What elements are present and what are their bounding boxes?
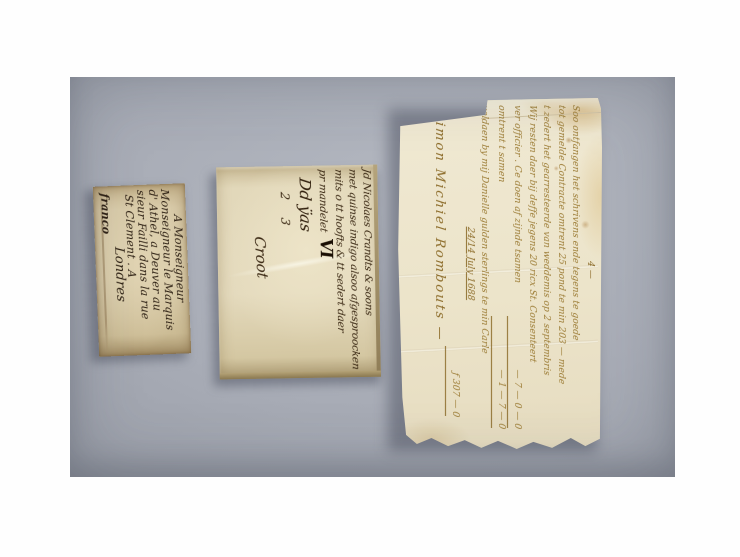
script-line: Soo ontfangen het schrivens ende tegens … bbox=[568, 104, 583, 444]
script-line: pr mandelet bbox=[316, 169, 329, 233]
flourish: Dd ÿas bbox=[293, 169, 319, 376]
account-line: omtrent t samen— 1 — 7 — 0 bbox=[492, 104, 509, 444]
corner-mark: 4 — bbox=[583, 104, 598, 444]
script-line: ver officier . Ce doen af zijnde tsamen bbox=[508, 104, 525, 284]
handwriting-block: 4 — Soo ontfangen het schrivens ende teg… bbox=[399, 105, 597, 443]
sum-amount: ƒ 307 — 0 bbox=[446, 346, 463, 418]
script-line: tot gemelde Contracte omtrent 25 pond te… bbox=[554, 104, 569, 444]
sum-amount: — 1 — 7 — 0 bbox=[492, 316, 509, 430]
letter-packet-folded: Jd Nicolaes Crandts & soons met quinse i… bbox=[216, 165, 381, 380]
account-line: ver officier . Ce doen af zijnde tsamen—… bbox=[508, 104, 525, 444]
photograph-background: A Monseigneur Monseigneur le Marquis d' … bbox=[70, 77, 675, 477]
script-line: t zedert het gearresteerde van weddemis … bbox=[539, 104, 554, 444]
handwriting-block: Jd Nicolaes Crandts & soons met quinse i… bbox=[221, 169, 377, 376]
account-sheet: 4 — Soo ontfangen het schrivens ende teg… bbox=[394, 98, 602, 450]
numeral-mark: VI bbox=[315, 231, 335, 259]
sum-amount: — 7 — 0 — 0 bbox=[508, 316, 525, 430]
date-line: 24/14 July 1688 bbox=[463, 104, 478, 444]
account-line: ƒ 307 — 0 bbox=[446, 104, 463, 444]
script-line: omtrent t samen bbox=[492, 104, 509, 183]
script-line: Wij resten daer bij deffe jegens 20 ricx… bbox=[525, 104, 540, 444]
script-line: voldaen by mij Danielle gulden sterlings… bbox=[477, 104, 492, 444]
letter-small-folded: A Monseigneur Monseigneur le Marquis d' … bbox=[93, 183, 191, 356]
signature-line: Simon Michiel Rombouts — bbox=[432, 104, 447, 444]
photo-page: A Monseigneur Monseigneur le Marquis d' … bbox=[0, 0, 740, 557]
handwriting-block: A Monseigneur Monseigneur le Marquis d' … bbox=[96, 188, 188, 351]
